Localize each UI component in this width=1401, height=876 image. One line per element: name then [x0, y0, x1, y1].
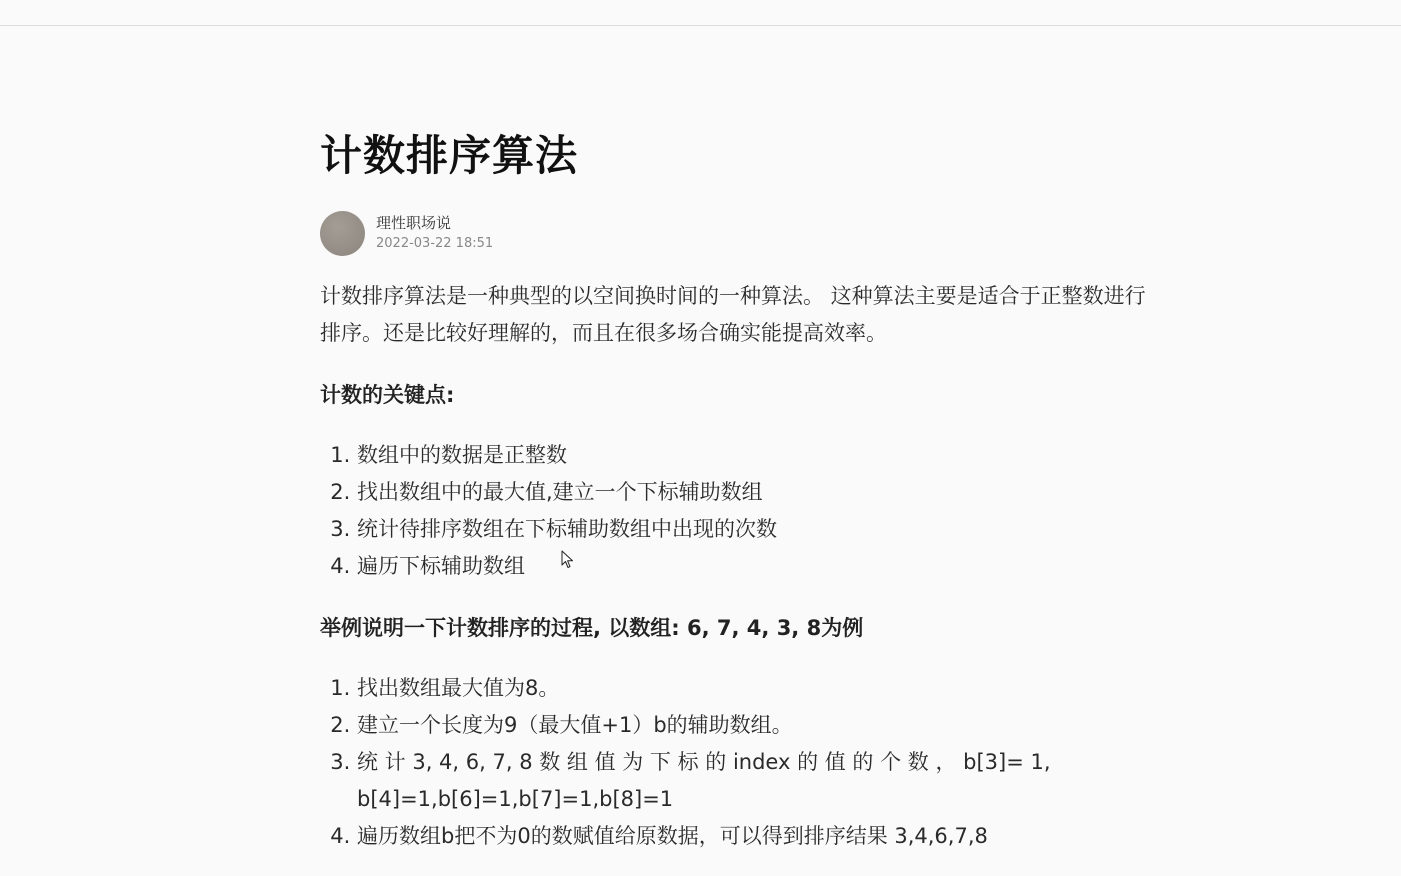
key-points-heading: 计数的关键点:	[320, 377, 1150, 414]
list-item: 遍历下标辅助数组	[357, 548, 1150, 585]
list-item: 遍历数组b把不为0的数赋值给原数据，可以得到排序结果 3,4,6,7,8	[357, 818, 1150, 855]
publish-date: 2022-03-22 18:51	[376, 234, 493, 254]
avatar[interactable]	[320, 211, 365, 256]
list-item: 找出数组最大值为8。	[357, 670, 1150, 707]
list-item: 找出数组中的最大值,建立一个下标辅助数组	[357, 474, 1150, 511]
example-heading: 举例说明一下计数排序的过程, 以数组: 6, 7, 4, 3, 8为例	[320, 610, 1150, 647]
author-name[interactable]: 理性职场说	[376, 212, 493, 234]
list-item: 数组中的数据是正整数	[357, 437, 1150, 474]
article: 计数排序算法 理性职场说 2022-03-22 18:51 计数排序算法是一种典…	[320, 128, 1150, 855]
article-title: 计数排序算法	[320, 128, 1150, 184]
example-steps-list: 找出数组最大值为8。 建立一个长度为9（最大值+1）b的辅助数组。 统 计 3,…	[320, 670, 1150, 855]
list-item: 统计待排序数组在下标辅助数组中出现的次数	[357, 511, 1150, 548]
intro-paragraph: 计数排序算法是一种典型的以空间换时间的一种算法。 这种算法主要是适合于正整数进行…	[320, 278, 1150, 352]
mouse-pointer-icon	[561, 550, 575, 570]
top-bar	[0, 0, 1401, 26]
author-meta: 理性职场说 2022-03-22 18:51	[320, 210, 1150, 256]
list-item: 统 计 3, 4, 6, 7, 8 数 组 值 为 下 标 的 index 的 …	[357, 744, 1150, 818]
list-item: 建立一个长度为9（最大值+1）b的辅助数组。	[357, 707, 1150, 744]
key-points-list: 数组中的数据是正整数 找出数组中的最大值,建立一个下标辅助数组 统计待排序数组在…	[320, 437, 1150, 585]
author-info: 理性职场说 2022-03-22 18:51	[376, 212, 493, 254]
